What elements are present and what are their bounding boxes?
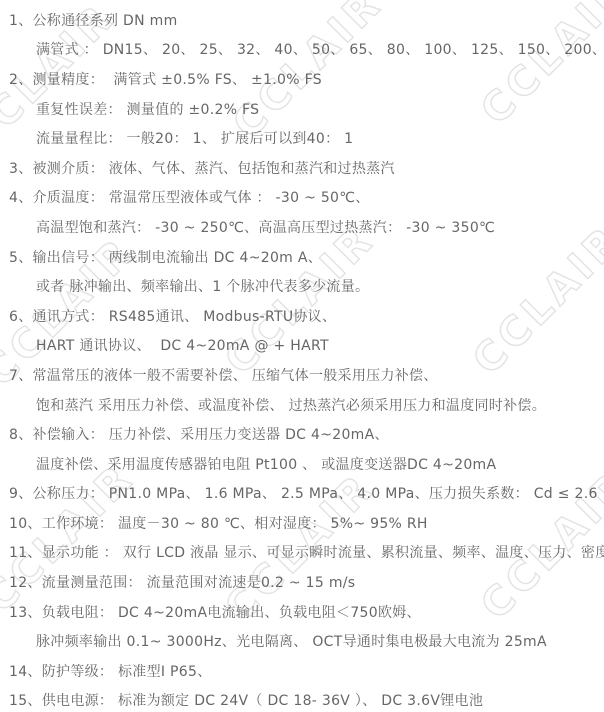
spec-line-2: 满管式 ： DN15、 20、 25、 32、 40、 50、 65、 80、 … bbox=[0, 35, 604, 65]
spec-line-6: 3、被测介质： 液体、气体、蒸汽、包括饱和蒸汽和过热蒸汽 bbox=[0, 153, 604, 183]
spec-line-14: 饱和蒸汽 采用压力补偿、或温度补偿、 过热蒸汽必须采用压力和温度同时补偿。 bbox=[0, 390, 604, 420]
spec-line-4: 重复性误差： 测量值的 ±0.2% FS bbox=[0, 94, 604, 124]
spec-line-7: 4、介质温度： 常温常压型液体或气体 ： -30 ~ 50℃、 bbox=[0, 183, 604, 213]
spec-line-3: 2、测量精度： 满管式 ±0.5% FS、 ±1.0% FS bbox=[0, 64, 604, 94]
spec-line-20: 12、流量测量范围： 流量范围对流速是0.2 ~ 15 m/s bbox=[0, 567, 604, 597]
spec-line-10: 或者 脉冲输出、频率输出、1 个脉冲代表多少流量。 bbox=[0, 271, 604, 301]
spec-line-13: 7、常温常压的液体一般不需要补偿、 压缩气体一般采用压力补偿、 bbox=[0, 360, 604, 390]
spec-line-11: 6、通讯方式： RS485通讯、 Modbus-RTU协议、 bbox=[0, 301, 604, 331]
spec-line-22: 脉冲频率输出 0.1~ 3000Hz、光电隔离、 OCT导通时集电极最大电流为 … bbox=[0, 626, 604, 656]
spec-line-12: HART 通讯协议、 DC 4~20mA @ + HART bbox=[0, 331, 604, 361]
spec-line-5: 流量量程比： 一般20： 1、 扩展后可以到40： 1 bbox=[0, 123, 604, 153]
spec-list: 1、公称通径系列 DN mm 满管式 ： DN15、 20、 25、 32、 4… bbox=[0, 0, 604, 712]
spec-line-1: 1、公称通径系列 DN mm bbox=[0, 5, 604, 35]
spec-line-15: 8、补偿输入： 压力补偿、采用压力变送器 DC 4~20mA、 bbox=[0, 419, 604, 449]
spec-line-18: 10、工作环境： 温度－30 ~ 80 ℃、相对湿度： 5%~ 95% RH bbox=[0, 508, 604, 538]
spec-line-23: 14、防护等级： 标准型I P65、 bbox=[0, 656, 604, 686]
spec-line-24: 15、供电电源： 标准为额定 DC 24V（ DC 18- 36V ）、 DC … bbox=[0, 686, 604, 712]
spec-line-8: 高温型饱和蒸汽： -30 ~ 250℃、高温高压型过热蒸汽： -30 ~ 350… bbox=[0, 212, 604, 242]
spec-line-19: 11、显示功能 ： 双行 LCD 液晶 显示、可显示瞬时流量、累积流量、频率、温… bbox=[0, 538, 604, 568]
spec-line-21: 13、负载电阻： DC 4~20mA电流输出、负载电阻＜750欧姆、 bbox=[0, 597, 604, 627]
spec-line-16: 温度补偿、采用温度传感器铂电阻 Pt100 、 或温度变送器DC 4~20mA bbox=[0, 449, 604, 479]
spec-document: CCLAIR CCLAIR CCLAIR CCLAIR CCLAIR CCLAI… bbox=[0, 0, 604, 712]
spec-line-9: 5、输出信号： 两线制电流输出 DC 4~20m A、 bbox=[0, 242, 604, 272]
spec-line-17: 9、公称压力： PN1.0 MPa、 1.6 MPa、 2.5 MPa、 4.0… bbox=[0, 479, 604, 509]
